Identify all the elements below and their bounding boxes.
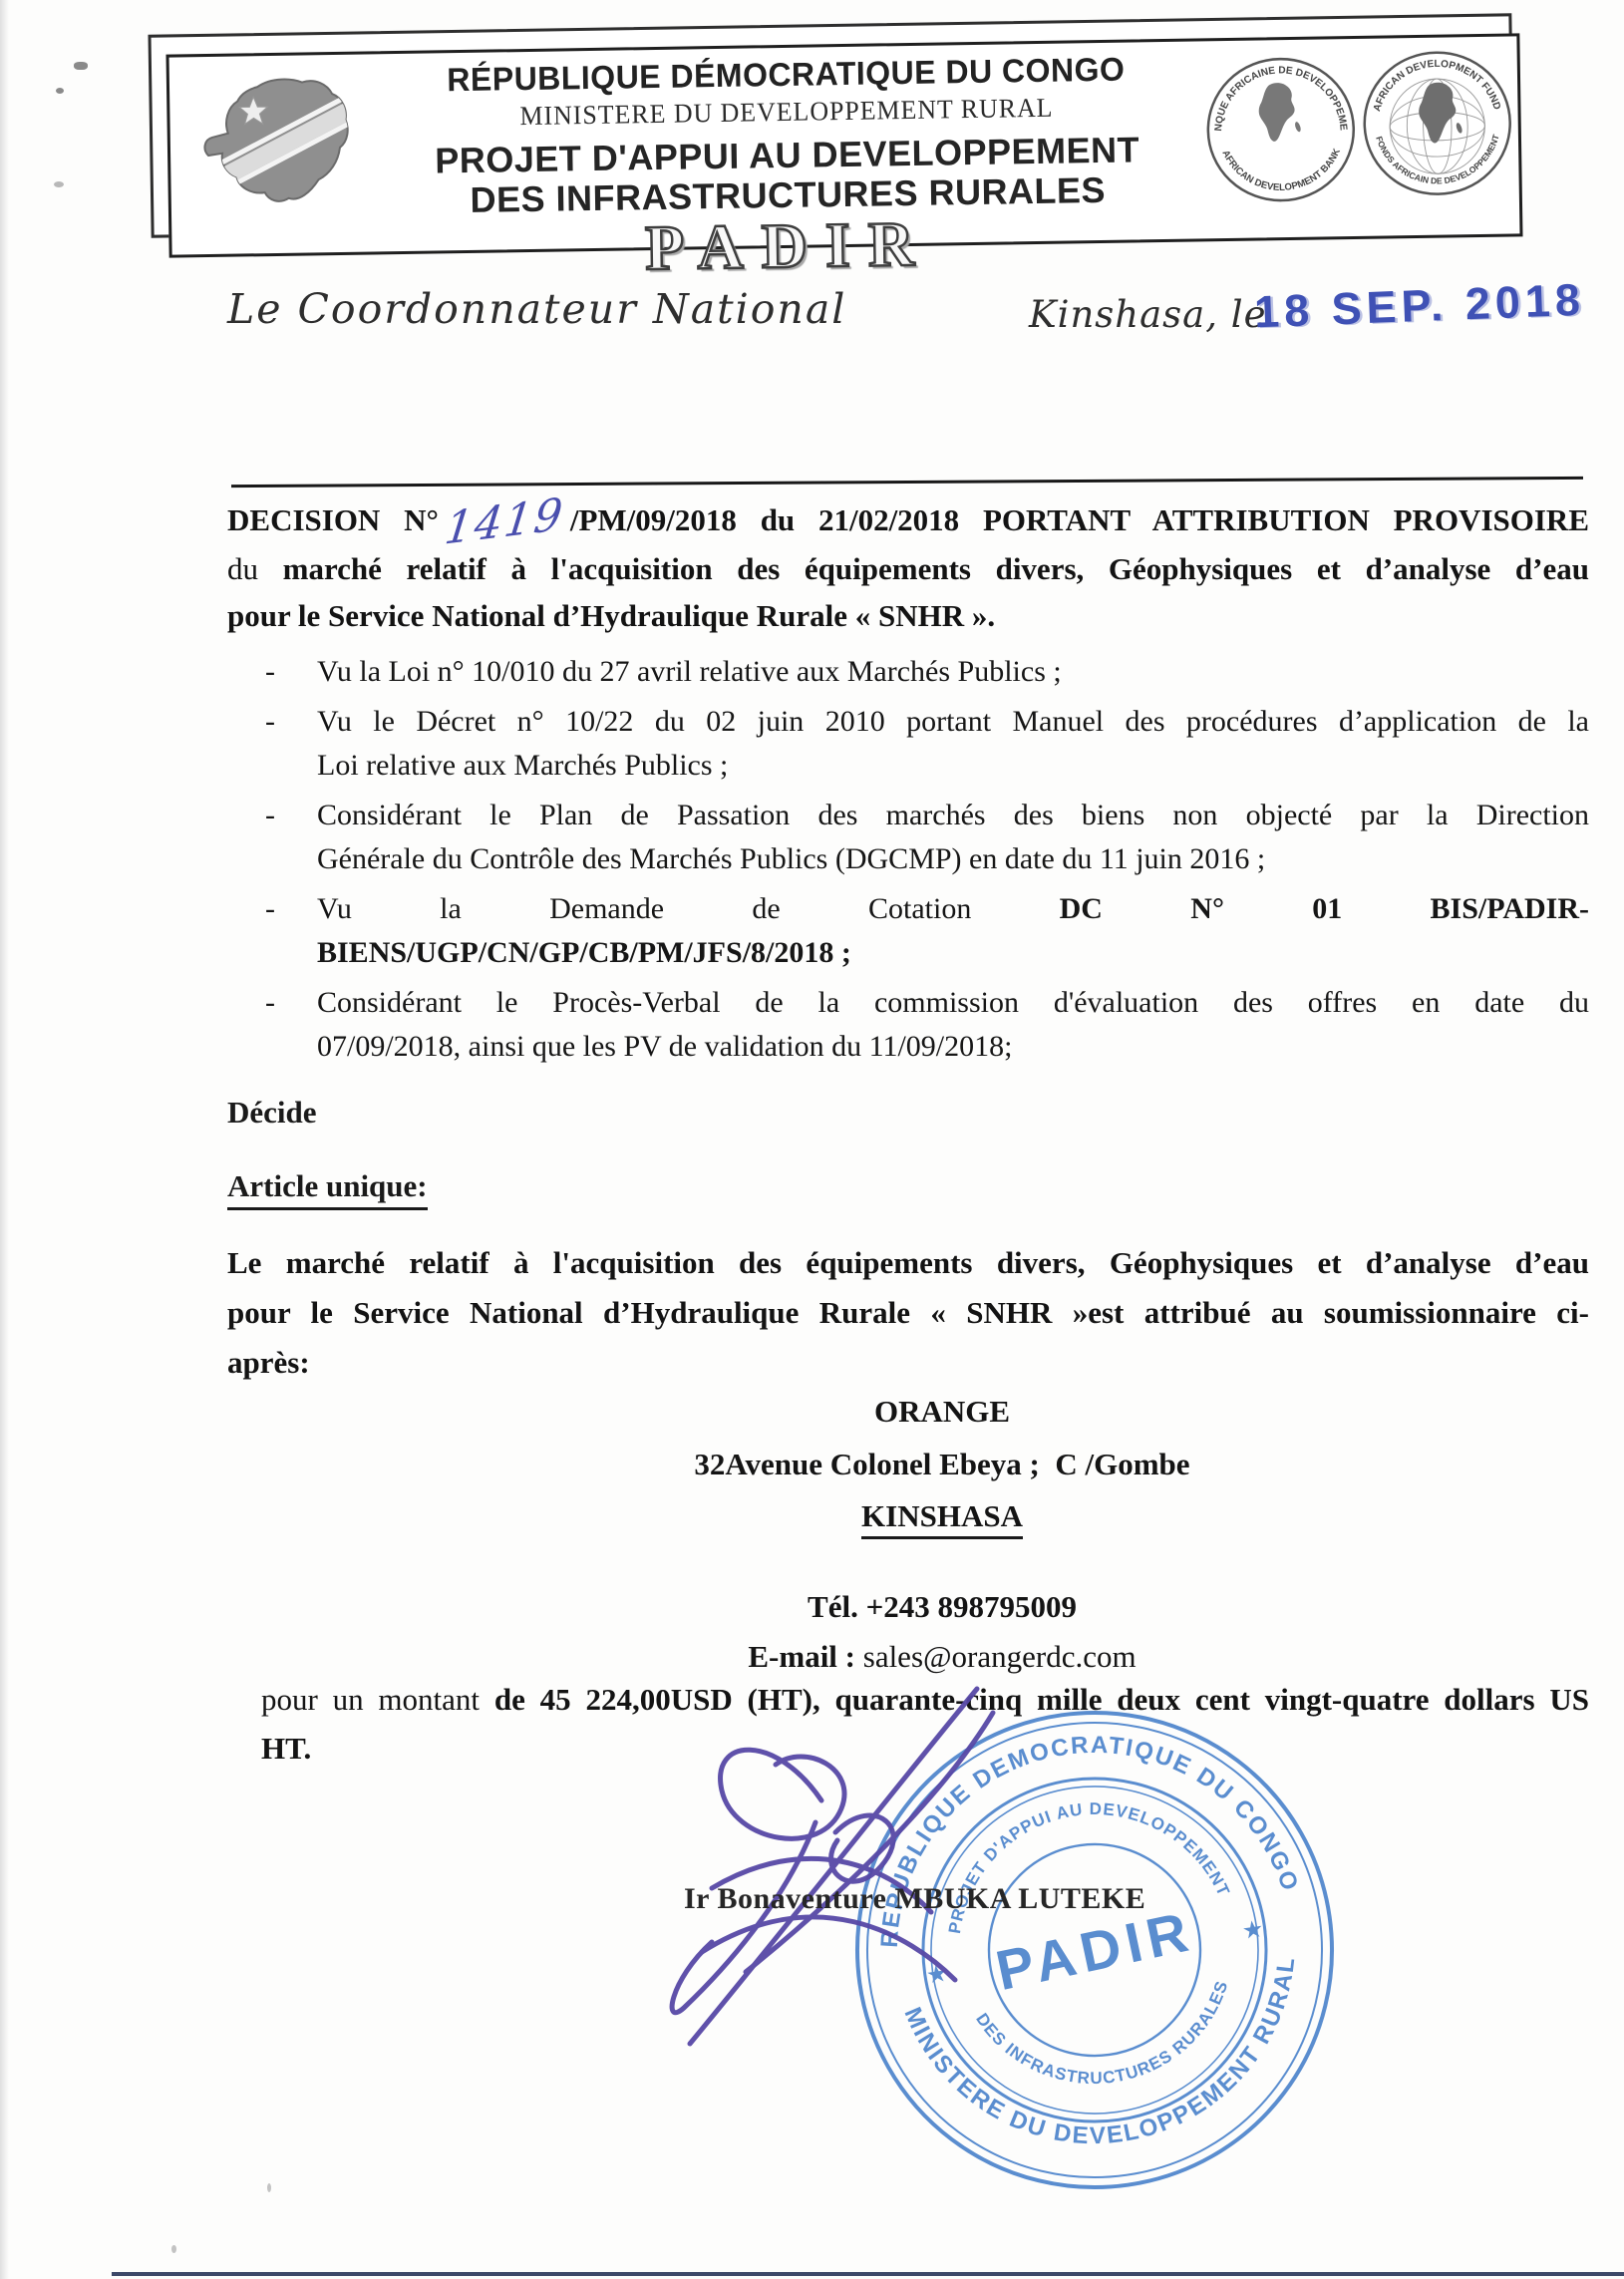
letterhead-text: RÉPUBLIQUE DÉMOCRATIQUE DU CONGO MINISTE… — [374, 49, 1201, 281]
consideration-line: Vu le Décret n° 10/22 du 02 juin 2010 po… — [317, 700, 1589, 744]
list-item: - Vu la Loi n° 10/010 du 27 avril relati… — [265, 650, 1589, 694]
consideration-line: Loi relative aux Marchés Publics ; — [317, 744, 1589, 788]
awardee-city: KINSHASA — [299, 1498, 1585, 1539]
list-item: - Considérant le Procès-Verbal de la com… — [265, 981, 1589, 1069]
decision-title-line2-regular: du — [227, 551, 283, 586]
awardee-name: ORANGE — [299, 1394, 1585, 1430]
decision-number-suffix: /PM/09/2018 du 21/02/2018 PORTANT ATTRIB… — [570, 502, 1589, 537]
article-heading-text: Article unique: — [227, 1168, 428, 1210]
consideration-line: Considérant le Procès-Verbal de la commi… — [317, 981, 1589, 1025]
awardee-email-line: E-mail : sales@orangerdc.com — [299, 1639, 1585, 1675]
scan-edge-line — [112, 2272, 1624, 2276]
decision-title-line2-bold: marché relatif à l'acquisition des équip… — [283, 551, 1589, 586]
consideration-line: Considérant le Plan de Passation des mar… — [317, 794, 1589, 837]
decision-number-prefix: DECISION N° — [227, 502, 439, 537]
consideration-line: Générale du Contrôle des Marchés Publics… — [317, 837, 1589, 881]
consideration-text: Vu la Demande de Cotation DC N° 01 BIS/P… — [317, 887, 1589, 975]
article-body: Le marché relatif à l'acquisition des éq… — [227, 1238, 1589, 1388]
date-stamp: 18 SEP. 2018 — [1253, 274, 1586, 339]
scan-speck — [56, 88, 64, 94]
quotation-request-ref-part1: DC N° 01 BIS/PADIR- — [1060, 892, 1589, 925]
awardee-city-text: KINSHASA — [861, 1498, 1023, 1539]
email-label: E-mail : — [748, 1639, 862, 1674]
dash-bullet: - — [265, 981, 317, 1069]
consideration-text: Considérant le Plan de Passation des mar… — [317, 794, 1589, 881]
decision-title-line1: DECISION N°1419/PM/09/2018 du 21/02/2018… — [227, 496, 1589, 545]
consideration-line: 07/09/2018, ainsi que les PV de validati… — [317, 1025, 1589, 1069]
dash-bullet: - — [265, 700, 317, 788]
consideration-text: Considérant le Procès-Verbal de la commi… — [317, 981, 1589, 1069]
place-and-date-label: Kinshasa, le — [1029, 293, 1266, 336]
awardee-phone: Tél. +243 898795009 — [299, 1589, 1585, 1625]
list-item: - Considérant le Plan de Passation des m… — [265, 794, 1589, 881]
quotation-request-ref-part2: BIENS/UGP/CN/GP/CB/PM/JFS/8/2018 ; — [317, 931, 1589, 975]
consideration-text: Vu le Décret n° 10/22 du 02 juin 2010 po… — [317, 700, 1589, 788]
list-item: - Vu le Décret n° 10/22 du 02 juin 2010 … — [265, 700, 1589, 788]
dash-bullet: - — [265, 650, 317, 694]
drc-map-flag-icon — [197, 64, 390, 236]
scan-speck — [54, 181, 64, 187]
amount-prefix: pour un montant — [261, 1682, 494, 1717]
considerations-list: - Vu la Loi n° 10/010 du 27 avril relati… — [265, 650, 1589, 1075]
article-body-line: pour le Service National d’Hydraulique R… — [227, 1288, 1589, 1338]
decision-title-line3: pour le Service National d’Hydraulique R… — [227, 592, 1589, 639]
scan-speck — [267, 2183, 271, 2192]
scan-speck — [74, 62, 88, 70]
awardee-address: 32Avenue Colonel Ebeya ; C /Gombe — [299, 1447, 1585, 1482]
article-heading: Article unique: — [227, 1168, 428, 1210]
afdb-bank-logo: BANQUE AFRICAINE DE DEVELOPPEMENT AFRICA… — [1204, 53, 1358, 206]
article-body-line: Le marché relatif à l'acquisition des éq… — [227, 1238, 1589, 1288]
email-address: sales@orangerdc.com — [863, 1639, 1137, 1674]
decision-title: DECISION N°1419/PM/09/2018 du 21/02/2018… — [227, 496, 1589, 639]
handwritten-decision-number: 1419 — [442, 490, 566, 553]
project-acronym: PADIR — [376, 210, 1201, 281]
scan-left-edge-shadow — [0, 0, 9, 2279]
adf-fund-logo: AFRICAN DEVELOPMENT FUND FONDS AFRICAIN … — [1360, 46, 1515, 199]
consideration-text: Vu la Loi n° 10/010 du 27 avril relative… — [317, 650, 1589, 694]
consideration-line: Vu la Loi n° 10/010 du 27 avril relative… — [317, 650, 1589, 694]
signatory-name: Ir Bonaventure MBUKA LUTEKE — [684, 1882, 1282, 1916]
scanned-decision-document: RÉPUBLIQUE DÉMOCRATIQUE DU CONGO MINISTE… — [0, 0, 1624, 2279]
horizontal-rule — [231, 477, 1583, 488]
letterhead-box: RÉPUBLIQUE DÉMOCRATIQUE DU CONGO MINISTE… — [165, 33, 1522, 257]
article-body-line: après: — [227, 1338, 1589, 1388]
decision-title-line2: du marché relatif à l'acquisition des éq… — [227, 545, 1589, 592]
dash-bullet: - — [265, 794, 317, 881]
quotation-request-label: Vu la Demande de Cotation — [317, 892, 971, 925]
decide-label: Décide — [227, 1095, 317, 1131]
sender-title: Le Coordonnateur National — [227, 285, 846, 333]
dash-bullet: - — [265, 887, 317, 975]
stamp-star-right-icon: ★ — [1240, 1916, 1265, 1945]
list-item: - Vu la Demande de Cotation DC N° 01 BIS… — [265, 887, 1589, 975]
awardee-block: ORANGE 32Avenue Colonel Ebeya ; C /Gombe… — [299, 1394, 1585, 1675]
consideration-line: Vu la Demande de Cotation DC N° 01 BIS/P… — [317, 887, 1589, 931]
scan-speck — [171, 2245, 176, 2253]
